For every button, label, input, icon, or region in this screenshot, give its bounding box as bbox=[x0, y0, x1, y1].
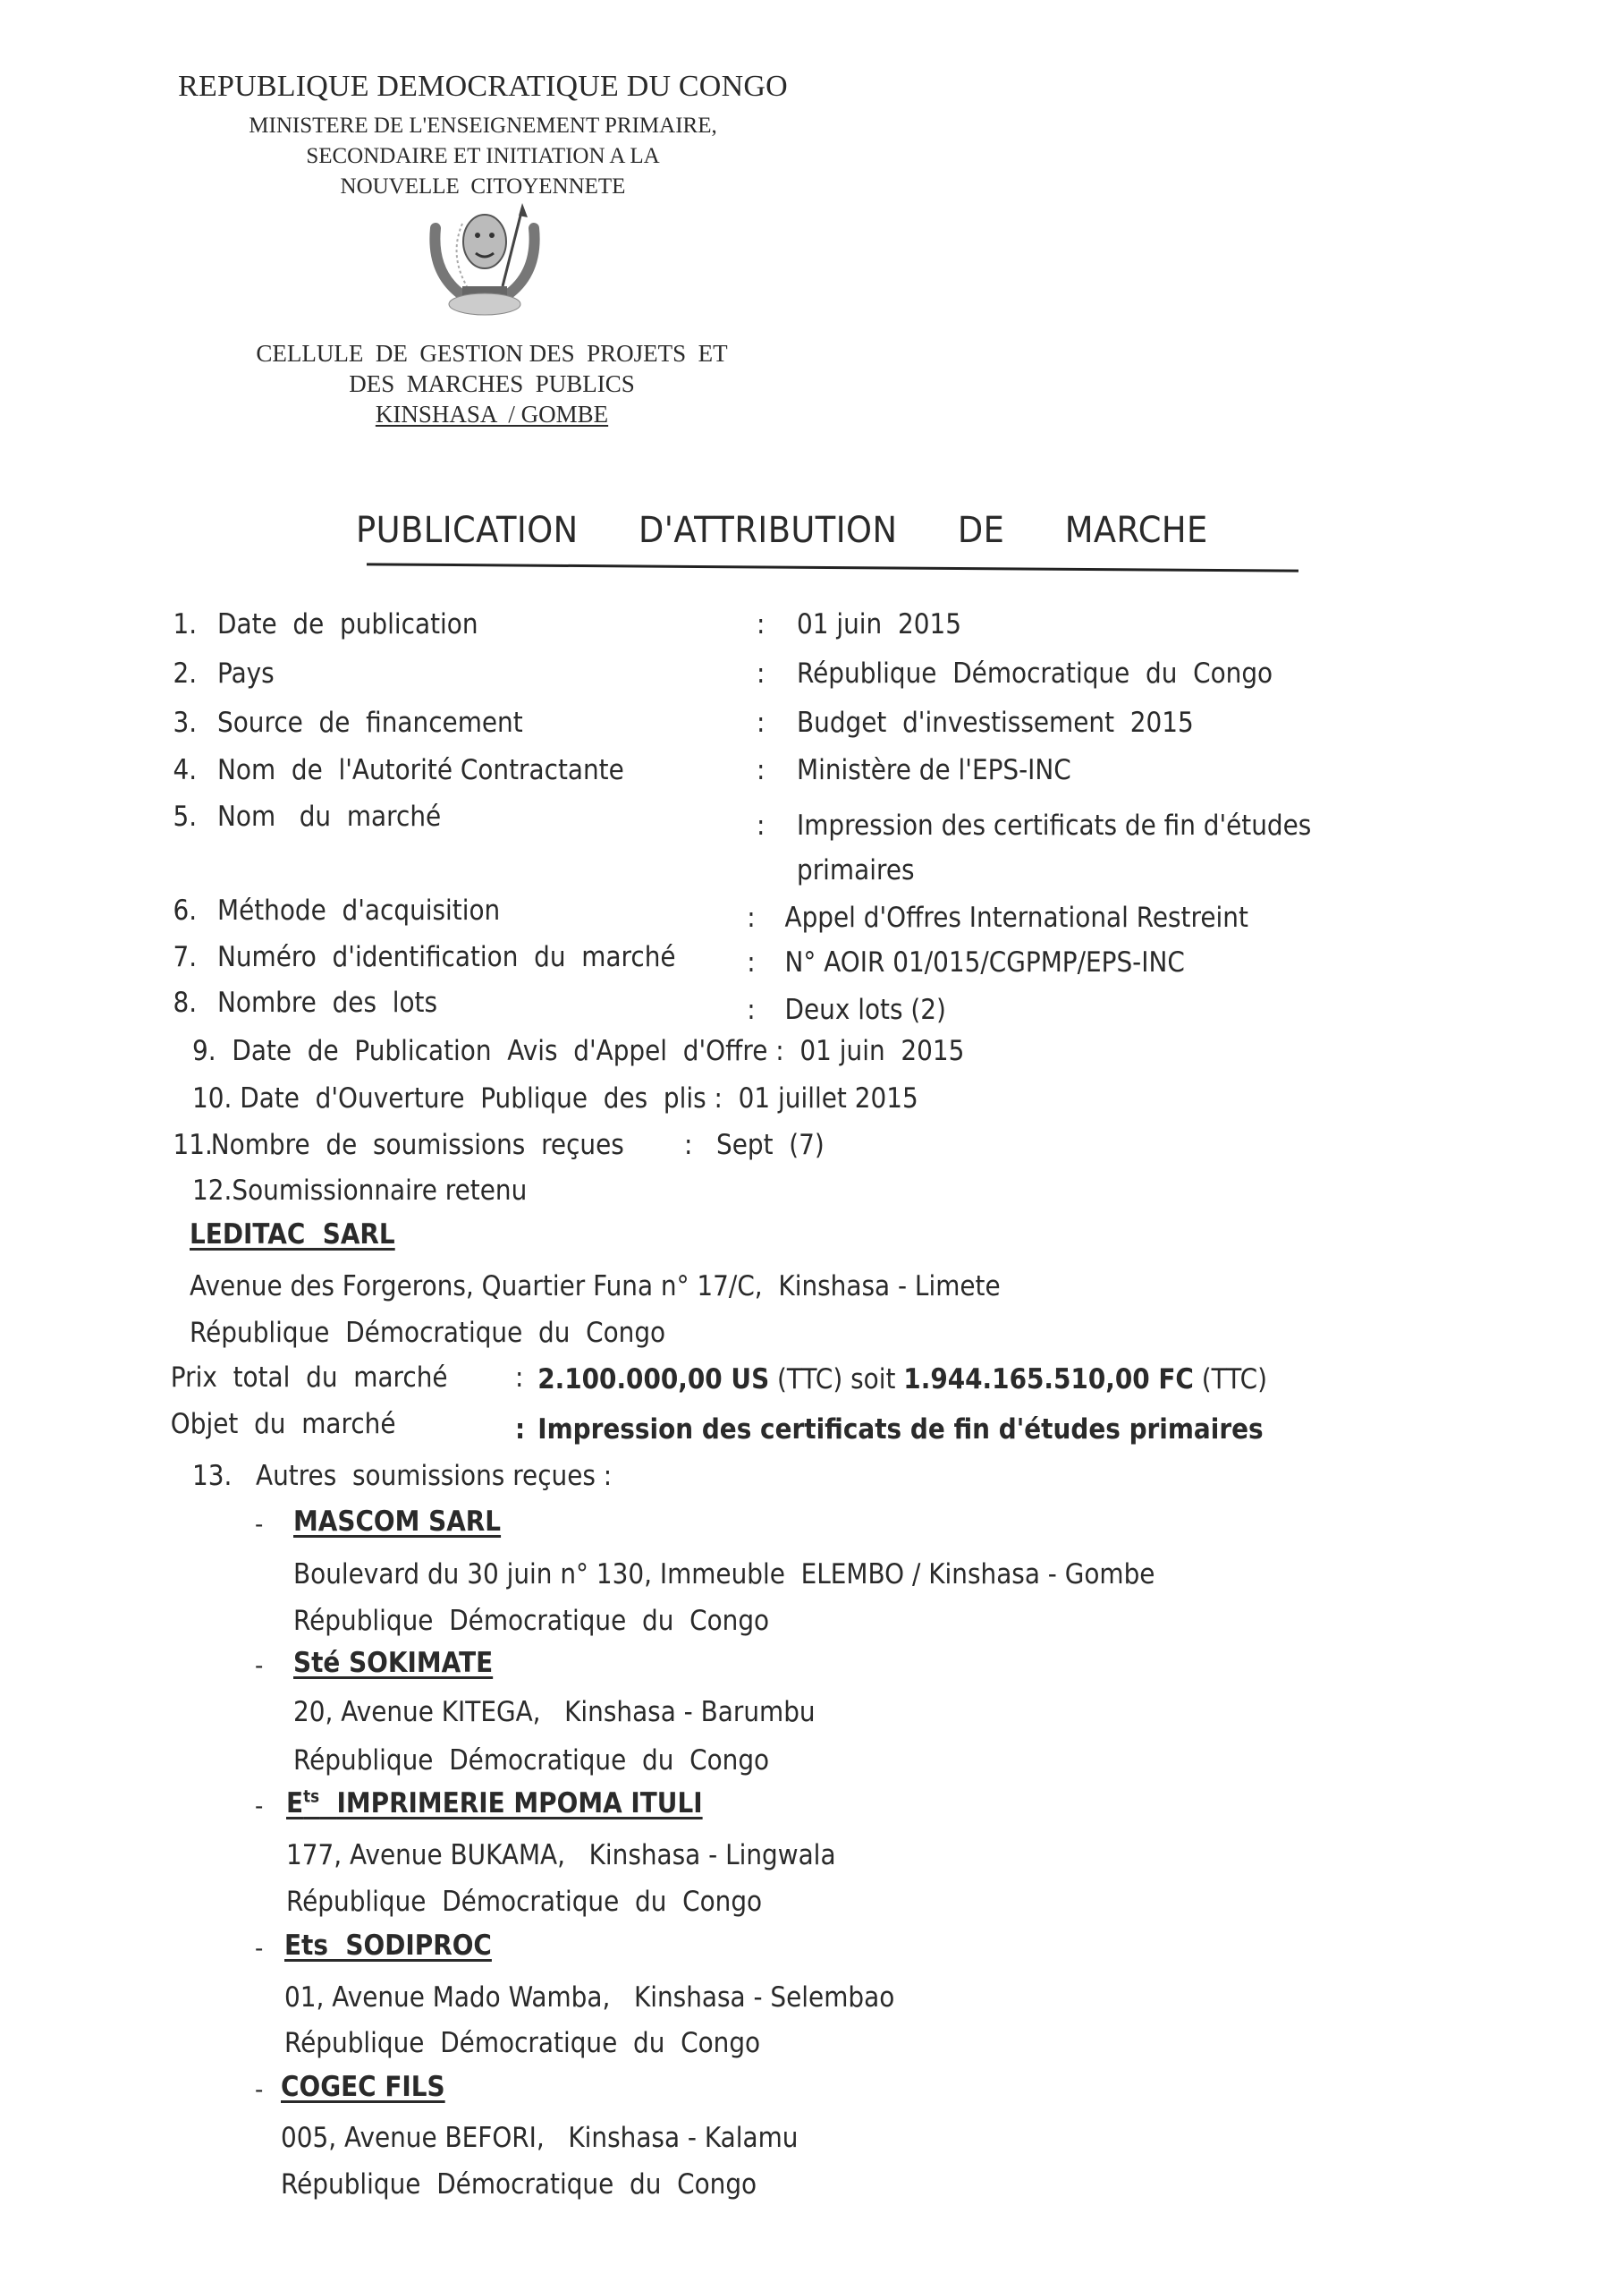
item-number: 4. bbox=[173, 754, 198, 786]
item-value: Impression des certificats de fin d'étud… bbox=[797, 810, 1311, 842]
bidder-name: MASCOM SARL bbox=[293, 1505, 501, 1538]
object-colon: : bbox=[515, 1413, 525, 1446]
price-fc-note: (TTC) bbox=[1202, 1363, 1267, 1395]
cell-line: CELLULE DE GESTION DES PROJETS ET bbox=[215, 338, 769, 369]
item-label: Numéro d'identification du marché bbox=[217, 941, 676, 973]
item-colon: : bbox=[757, 657, 765, 690]
document-title: PUBLICATION D'ATTRIBUTION DE MARCHE bbox=[356, 510, 1245, 551]
price-fc: 1.944.165.510,00 FC bbox=[903, 1363, 1194, 1395]
item-number: 6. bbox=[173, 895, 198, 927]
bidder-address: 01, Avenue Mado Wamba, Kinshasa - Selemb… bbox=[284, 1981, 894, 2014]
item-value: 01 juin 2015 bbox=[799, 1035, 964, 1067]
item-colon: : bbox=[757, 754, 765, 786]
item-label: Nom du marché bbox=[217, 801, 441, 833]
bullet: - bbox=[255, 2075, 263, 2104]
item-label: Méthode d'acquisition bbox=[217, 895, 500, 927]
item-number: 10. bbox=[192, 1082, 232, 1115]
item-label: Pays bbox=[217, 657, 275, 690]
item-value: République Démocratique du Congo bbox=[797, 657, 1273, 690]
bidder-name-text: IMPRIMERIE MPOMA ITULI bbox=[336, 1787, 702, 1819]
winner-address: Avenue des Forgerons, Quartier Funa n° 1… bbox=[190, 1270, 1001, 1302]
bidder-country: République Démocratique du Congo bbox=[284, 2027, 760, 2059]
bullet: - bbox=[255, 1934, 263, 1963]
item-colon: : bbox=[747, 994, 755, 1026]
item-number: 5. bbox=[173, 801, 198, 833]
item-10: 10. Date d'Ouverture Publique des plis :… bbox=[192, 1082, 918, 1115]
title-underline bbox=[367, 563, 1298, 572]
item-value-line2: primaires bbox=[797, 854, 915, 886]
bidder-name-prefix: E bbox=[286, 1787, 303, 1819]
winner-country: République Démocratique du Congo bbox=[190, 1317, 665, 1349]
others-heading-text: Autres soumissions reçues : bbox=[256, 1460, 612, 1492]
winner-name: LEDITAC SARL bbox=[190, 1218, 395, 1251]
bullet: - bbox=[255, 1510, 263, 1539]
bidder-name-sup: ts bbox=[303, 1788, 319, 1807]
winner-name-text: LEDITAC SARL bbox=[190, 1218, 395, 1251]
item-colon: : bbox=[747, 902, 755, 934]
item-label: Nom de l'Autorité Contractante bbox=[217, 754, 624, 786]
item-label: Source de financement bbox=[217, 707, 523, 739]
item-label: Date d'Ouverture Publique des plis bbox=[240, 1082, 706, 1115]
bidder-address: Boulevard du 30 juin n° 130, Immeuble EL… bbox=[293, 1558, 1155, 1590]
bidder-name-text: Sté SOKIMATE bbox=[293, 1647, 493, 1679]
location: KINSHASA / GOMBE bbox=[376, 401, 608, 428]
item-colon: : bbox=[757, 810, 765, 842]
object-value: Impression des certificats de fin d'étud… bbox=[537, 1413, 1263, 1446]
item-label: Nombre des lots bbox=[217, 987, 437, 1019]
ministry-heading: MINISTERE DE L'ENSEIGNEMENT PRIMAIRE, SE… bbox=[134, 111, 832, 202]
price-usd: 2.100.000,00 US bbox=[537, 1363, 769, 1395]
item-value: Budget d'investissement 2015 bbox=[797, 707, 1194, 739]
bidder-address: 20, Avenue KITEGA, Kinshasa - Barumbu bbox=[293, 1696, 816, 1728]
bidder-name-text: COGEC FILS bbox=[281, 2071, 445, 2103]
item-number: 8. bbox=[173, 987, 198, 1019]
item-value: Deux lots (2) bbox=[785, 994, 946, 1026]
item-number: 9. bbox=[192, 1035, 216, 1067]
item-value: Appel d'Offres International Restreint bbox=[785, 902, 1248, 934]
item-value: 01 juin 2015 bbox=[797, 608, 961, 640]
cell-heading: CELLULE DE GESTION DES PROJETS ET DES MA… bbox=[215, 338, 769, 429]
bidder-address: 177, Avenue BUKAMA, Kinshasa - Lingwala bbox=[286, 1839, 836, 1871]
item-12: 12.Soumissionnaire retenu bbox=[192, 1175, 527, 1207]
item-number: 7. bbox=[173, 941, 198, 973]
bidder-name-text: MASCOM SARL bbox=[293, 1505, 501, 1538]
bidder-address: 005, Avenue BEFORI, Kinshasa - Kalamu bbox=[281, 2122, 798, 2154]
others-heading: 13. Autres soumissions reçues : bbox=[192, 1460, 612, 1492]
item-colon: : bbox=[684, 1129, 692, 1161]
item-colon: : bbox=[757, 707, 765, 739]
bidder-name: Sté SOKIMATE bbox=[293, 1647, 493, 1679]
price-value: 2.100.000,00 US (TTC) soit 1.944.165.510… bbox=[537, 1363, 1267, 1395]
bidder-country: République Démocratique du Congo bbox=[293, 1605, 769, 1637]
ministry-line: MINISTERE DE L'ENSEIGNEMENT PRIMAIRE, bbox=[134, 111, 832, 141]
bidder-country: République Démocratique du Congo bbox=[293, 1744, 769, 1777]
bidder-country: République Démocratique du Congo bbox=[281, 2168, 757, 2201]
item-colon: : bbox=[757, 608, 765, 640]
item-9: 9. Date de Publication Avis d'Appel d'Of… bbox=[192, 1035, 964, 1067]
object-label: Objet du marché bbox=[171, 1408, 396, 1440]
item-label: Date de Publication Avis d'Appel d'Offre bbox=[232, 1035, 767, 1067]
item-value: Ministère de l'EPS-INC bbox=[797, 754, 1071, 786]
item-label: Soumissionnaire retenu bbox=[232, 1175, 527, 1207]
item-value: N° AOIR 01/015/CGPMP/EPS-INC bbox=[785, 946, 1185, 979]
bullet: - bbox=[255, 1651, 263, 1680]
item-number: 11. bbox=[173, 1129, 213, 1161]
bidder-name: COGEC FILS bbox=[281, 2071, 445, 2103]
item-number: 1. bbox=[173, 608, 198, 640]
item-colon: : bbox=[775, 1035, 783, 1067]
coat-of-arms-icon bbox=[413, 201, 556, 322]
bidder-name: Ets SODIPROC bbox=[284, 1930, 492, 1962]
price-label: Prix total du marché bbox=[171, 1361, 448, 1394]
item-label: Nombre de soumissions reçues bbox=[211, 1129, 624, 1161]
price-colon: : bbox=[515, 1361, 523, 1394]
price-usd-note: (TTC) soit bbox=[777, 1363, 895, 1395]
ministry-line: NOUVELLE CITOYENNETE bbox=[134, 172, 832, 202]
others-number: 13. bbox=[192, 1460, 232, 1492]
bidder-name: Ets IMPRIMERIE MPOMA ITULI bbox=[286, 1787, 703, 1819]
item-colon: : bbox=[715, 1082, 723, 1115]
item-number: 2. bbox=[173, 657, 198, 690]
item-label: Date de publication bbox=[217, 608, 478, 640]
bidder-name-text: Ets SODIPROC bbox=[284, 1930, 492, 1962]
bidder-country: République Démocratique du Congo bbox=[286, 1886, 762, 1918]
bullet: - bbox=[255, 1792, 263, 1820]
country-heading: REPUBLIQUE DEMOCRATIQUE DU CONGO bbox=[134, 70, 832, 104]
item-number: 3. bbox=[173, 707, 198, 739]
cell-line: DES MARCHES PUBLICS bbox=[215, 369, 769, 399]
item-value: Sept (7) bbox=[716, 1129, 825, 1161]
item-number: 12. bbox=[192, 1175, 232, 1207]
item-value: 01 juillet 2015 bbox=[739, 1082, 918, 1115]
ministry-line: SECONDAIRE ET INITIATION A LA bbox=[134, 141, 832, 172]
item-colon: : bbox=[747, 946, 755, 979]
